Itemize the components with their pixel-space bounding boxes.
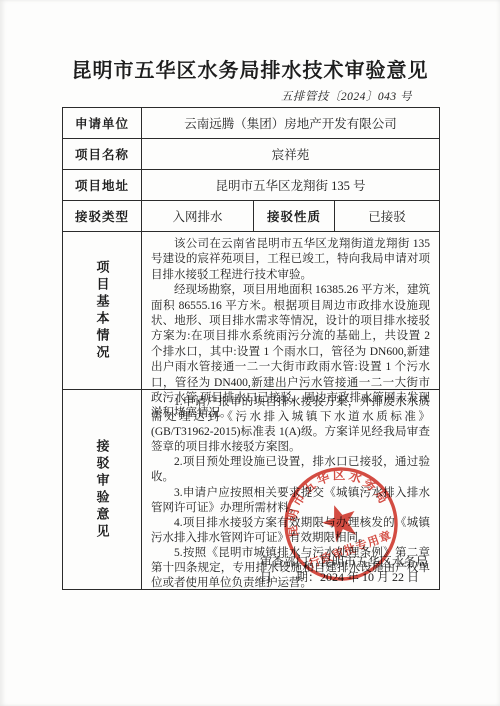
connection-type-value: 入网排水 bbox=[141, 201, 253, 231]
opinion-paragraph: 2.项目预处理设施已设置，排水口已接驳，通过验收。 bbox=[151, 455, 430, 485]
table-row: 项目地址 昆明市五华区龙翔街 135 号 bbox=[63, 169, 439, 200]
document-number: 五排管技〔2024〕043 号 bbox=[281, 88, 412, 104]
table-row-opinion: 接驳审验意见 1.申请户报审的项目排水接驳方案，外排废水水质需处理达到《污水排入… bbox=[63, 389, 439, 589]
review-footer: 审查部门：昆明市五华区水务局 日 期：2024 年 10 月 22 日 bbox=[260, 555, 428, 585]
table-row: 项目名称 宸祥苑 bbox=[63, 138, 439, 169]
connection-nature-value: 已接驳 bbox=[334, 201, 439, 231]
project-name-label: 项目名称 bbox=[63, 139, 141, 169]
review-table: 申请单位 云南远腾（集团）房地产开发有限公司 项目名称 宸祥苑 项目地址 昆明市… bbox=[62, 107, 440, 590]
table-row: 接驳类型 入网排水 接驳性质 已接驳 bbox=[63, 200, 439, 231]
connection-type-label: 接驳类型 bbox=[63, 201, 141, 231]
review-department: 审查部门：昆明市五华区水务局 bbox=[260, 555, 428, 570]
project-name-value: 宸祥苑 bbox=[141, 139, 439, 169]
basic-info-paragraph: 该公司在云南省昆明市五华区龙翔街道龙翔街 135 号建设的宸祥苑项目，工程已竣工… bbox=[151, 237, 430, 283]
basic-info-content: 该公司在云南省昆明市五华区龙翔街道龙翔街 135 号建设的宸祥苑项目，工程已竣工… bbox=[141, 232, 439, 389]
opinion-label: 接驳审验意见 bbox=[93, 439, 112, 541]
review-date: 日 期：2024 年 10 月 22 日 bbox=[260, 570, 428, 585]
applicant-value: 云南远腾（集团）房地产开发有限公司 bbox=[141, 108, 439, 138]
opinion-paragraph: 1.申请户报审的项目排水接驳方案，外排废水水质需处理达到《污水排入城镇下水道水质… bbox=[151, 395, 430, 455]
opinion-paragraph: 4.项目排水接驳方案有效期限与办理核发的《城镇污水排入排水管网许可证》有效期限相… bbox=[151, 516, 430, 546]
connection-nature-label: 接驳性质 bbox=[253, 201, 334, 231]
page-title: 昆明市五华区水务局排水技术审验意见 bbox=[0, 54, 500, 83]
opinion-label-cell: 接驳审验意见 bbox=[63, 390, 141, 589]
basic-info-label: 项目基本情况 bbox=[93, 260, 112, 362]
opinion-paragraph: 3.申请户应按照相关要求提交《城镇污水排入排水管网许可证》办理所需材料。 bbox=[151, 486, 430, 516]
basic-info-label-cell: 项目基本情况 bbox=[63, 232, 141, 389]
project-address-value: 昆明市五华区龙翔街 135 号 bbox=[141, 170, 439, 200]
table-row-basic-info: 项目基本情况 该公司在云南省昆明市五华区龙翔街道龙翔街 135 号建设的宸祥苑项… bbox=[63, 231, 439, 389]
document-page: 昆明市五华区水务局排水技术审验意见 五排管技〔2024〕043 号 申请单位 云… bbox=[0, 0, 500, 706]
applicant-label: 申请单位 bbox=[63, 108, 141, 138]
project-address-label: 项目地址 bbox=[63, 170, 141, 200]
opinion-content: 1.申请户报审的项目排水接驳方案，外排废水水质需处理达到《污水排入城镇下水道水质… bbox=[141, 390, 439, 589]
table-row: 申请单位 云南远腾（集团）房地产开发有限公司 bbox=[63, 108, 439, 138]
